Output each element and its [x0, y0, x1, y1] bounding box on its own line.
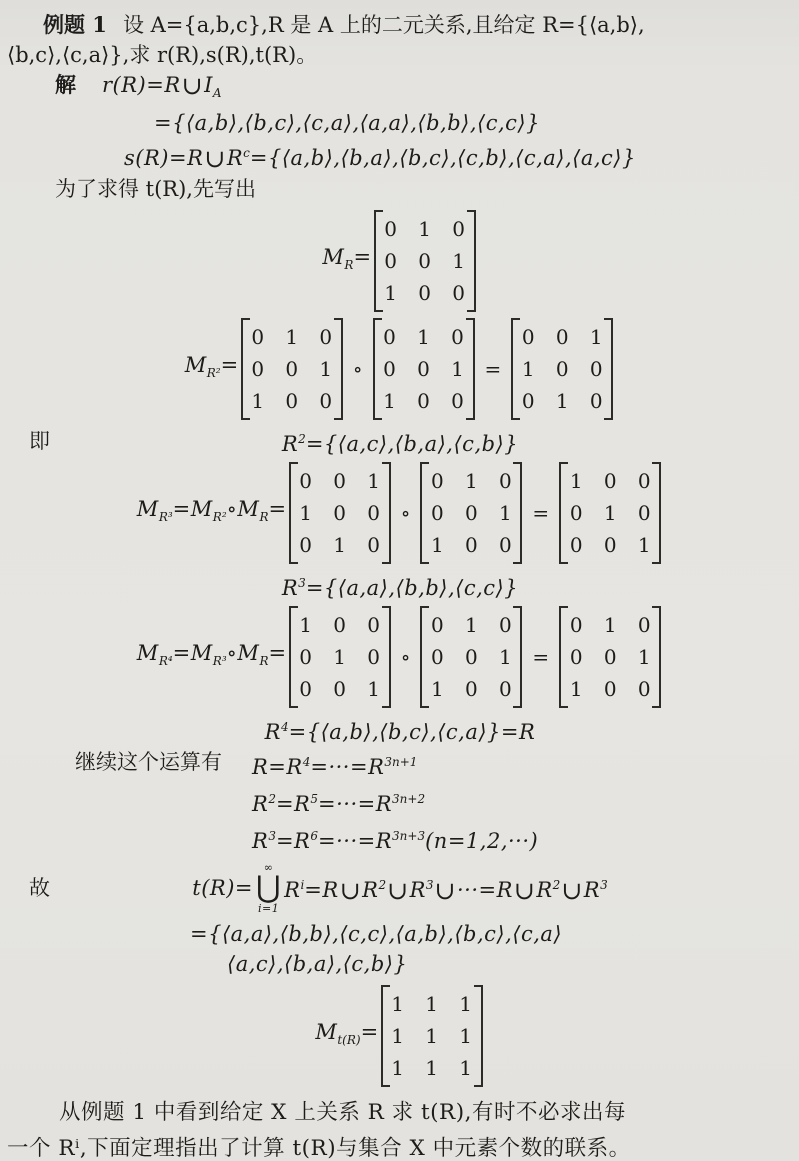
problem-text-2: ⟨b,c⟩,⟨c,a⟩},求 r(R),s(R),t(R)。: [7, 43, 317, 67]
t-closure-equation: t(R)= ∞ ⋃ i=1 Ri=R∪R2∪R3∪···=R∪R2∪R3: [192, 862, 607, 914]
continue-label: 继续这个运算有: [75, 746, 222, 778]
matrix-cell: 1: [299, 611, 313, 639]
math-segment: R: [282, 432, 298, 456]
matrix-m-r: 010001100: [374, 210, 476, 312]
matrix-cell: 1: [637, 531, 651, 559]
equation-m-r3: MR³=MR²∘MR= 001100010 ∘ 010001100 = 1000…: [7, 462, 793, 564]
equals-operator: =: [524, 642, 557, 672]
periodicity-eq-1: R=R4=···=R3n+1: [252, 746, 538, 783]
union-lower-limit: i=1: [258, 903, 279, 914]
matrix-cell: 0: [251, 323, 265, 351]
math-segment: M: [137, 497, 159, 521]
matrix-cell: 0: [498, 611, 512, 639]
matrix-cell: 0: [464, 643, 478, 671]
matrix-cell: 0: [367, 611, 381, 639]
r4-set: R4={⟨a,b⟩,⟨b,c⟩,⟨c,a⟩}=R: [265, 712, 536, 747]
math-segment: R: [252, 829, 268, 853]
math-segment: ={⟨a,c⟩,⟨b,a⟩,⟨c,b⟩}: [306, 432, 518, 456]
compose-operator: ∘: [345, 354, 371, 384]
t-closure-set-1: ={⟨a,a⟩,⟨b,b⟩,⟨c,c⟩,⟨a,b⟩,⟨b,c⟩,⟨c,a⟩: [190, 922, 562, 946]
r4-result-row: R4={⟨a,b⟩,⟨b,c⟩,⟨c,a⟩}=R: [7, 714, 793, 744]
matrix-cell: 0: [569, 611, 583, 639]
matrix-cell: 1: [521, 355, 535, 383]
matrix-cell: 0: [451, 387, 465, 415]
matrix-cell: 1: [384, 279, 398, 307]
matrix-m-r-operand: 010001100: [420, 462, 522, 564]
matrix-cell: 0: [417, 387, 431, 415]
solution-line-r: 解r(R)=R∪IA: [55, 70, 793, 108]
math-segment: =···=R: [318, 792, 392, 816]
matrix-cell: 1: [430, 675, 444, 703]
math-segment: ={⟨a,b⟩,⟨b,c⟩,⟨c,a⟩}=R: [289, 720, 536, 744]
math-superscript: 2: [378, 878, 386, 892]
matrix-cell: 1: [464, 611, 478, 639]
matrix-cell: 0: [383, 355, 397, 383]
matrix-cell: 0: [430, 467, 444, 495]
m-r-label: MR=: [322, 242, 371, 280]
matrix-cell: 0: [464, 675, 478, 703]
matrix-cell: 0: [299, 467, 313, 495]
math-subscript: R³: [213, 654, 227, 668]
matrix-cell: 1: [569, 675, 583, 703]
matrix-cell: 0: [299, 531, 313, 559]
closing-text-2: 一个 Rⁱ,下面定理指出了计算 t(R)与集合 X 中元素个数的联系。: [7, 1136, 631, 1161]
matrix-cell: 1: [391, 1054, 405, 1082]
periodicity-eq-3: R3=R6=···=R3n+3(n=1,2,···): [252, 820, 538, 857]
example-label: 例题 1: [43, 12, 107, 37]
t-intro-text: 为了求得 t(R),先写出: [55, 177, 256, 201]
r-closure-equation: r(R)=R∪IA: [102, 73, 222, 97]
matrix-cell: 1: [603, 611, 617, 639]
matrix-cell: 1: [430, 531, 444, 559]
matrix-cell: 1: [333, 531, 347, 559]
math-segment: =···=R: [318, 829, 392, 853]
r3-set: R3={⟨a,a⟩,⟨b,b⟩,⟨c,c⟩}: [282, 568, 518, 603]
t-closure-row: 故 t(R)= ∞ ⋃ i=1 Ri=R∪R2∪R3∪···=R∪R2∪R3: [7, 859, 793, 917]
closing-line-1: 从例题 1 中看到给定 X 上关系 R 求 t(R),有时不必求出每: [7, 1095, 793, 1131]
matrix-cell: 1: [452, 247, 466, 275]
matrix-cell: 1: [367, 675, 381, 703]
solution-line-r2: ={⟨a,b⟩,⟨b,c⟩,⟨c,a⟩,⟨a,a⟩,⟨b,b⟩,⟨c,c⟩}: [154, 108, 793, 138]
matrix-cell: 0: [452, 279, 466, 307]
math-segment: =M: [173, 641, 213, 665]
math-segment: (n=1,2,···): [425, 829, 538, 853]
t-closure-set-line2: ⟨a,c⟩,⟨b,a⟩,⟨c,b⟩}: [227, 949, 793, 979]
matrix-cell: 0: [452, 215, 466, 243]
matrix-cell: 0: [251, 355, 265, 383]
math-superscript: c: [243, 146, 250, 160]
matrix-cell: 1: [425, 990, 439, 1018]
r-closure-set: ={⟨a,b⟩,⟨b,c⟩,⟨c,a⟩,⟨a,a⟩,⟨b,b⟩,⟨c,c⟩}: [154, 111, 540, 135]
math-subscript: R: [259, 654, 268, 668]
matrix-m-r3-operand: 100010001: [289, 606, 391, 708]
math-segment: =M: [173, 497, 213, 521]
math-segment: M: [137, 641, 159, 665]
math-superscript: 3n+2: [392, 792, 425, 806]
matrix-cell: 0: [418, 279, 432, 307]
math-segment: I: [204, 73, 213, 97]
textbook-page: 例题 1设 A={a,b,c},R 是 A 上的二元关系,且给定 R={⟨a,b…: [0, 0, 799, 1161]
matrix-cell: 0: [333, 499, 347, 527]
matrix-cell: 1: [417, 323, 431, 351]
r2-set: R2={⟨a,c⟩,⟨b,a⟩,⟨c,b⟩}: [282, 424, 518, 459]
periodicity-block: 继续这个运算有 R=R4=···=R3n+1 R2=R5=···=R3n+2 R…: [75, 746, 793, 857]
matrix-cell: 0: [430, 611, 444, 639]
matrix-cell: 0: [498, 675, 512, 703]
matrix-m-r-operand: 010001100: [373, 318, 475, 420]
union-symbol: ∪: [181, 71, 204, 100]
matrix-cell: 1: [459, 1022, 473, 1050]
math-superscript: 2: [298, 432, 306, 446]
math-segment: ={⟨a,a⟩,⟨b,b⟩,⟨c,c⟩}: [306, 576, 518, 600]
matrix-cell: 0: [637, 499, 651, 527]
t-closure-rhs: Ri=R∪R2∪R3∪···=R∪R2∪R3: [284, 870, 608, 906]
math-segment: =: [353, 245, 371, 269]
math-superscript: 3: [298, 576, 306, 590]
matrix-cell: 1: [569, 467, 583, 495]
math-subscript: R: [259, 510, 268, 524]
math-superscript: 5: [310, 792, 318, 806]
matrix-cell: 0: [285, 355, 299, 383]
math-segment: R: [584, 878, 600, 902]
math-segment: =R: [276, 792, 310, 816]
union-symbol: ∪: [513, 876, 536, 905]
math-segment: ={⟨a,b⟩,⟨b,a⟩,⟨b,c⟩,⟨c,b⟩,⟨c,a⟩,⟨a,c⟩}: [250, 146, 636, 170]
union-symbol: ∪: [434, 876, 457, 905]
closing-paragraph: 从例题 1 中看到给定 X 上关系 R 求 t(R),有时不必求出每 一个 Rⁱ…: [7, 1095, 793, 1161]
matrix-m-r2-result: 001100010: [511, 318, 613, 420]
math-superscript: 3n+1: [384, 755, 417, 769]
m-tr-label: Mt(R)=: [315, 1017, 378, 1055]
matrix-cell: 0: [367, 499, 381, 527]
compose-operator: ∘: [393, 642, 419, 672]
solution-line-t-intro: 为了求得 t(R),先写出: [55, 174, 793, 204]
math-superscript: 6: [310, 829, 318, 843]
t-closure-lhs: t(R)=: [192, 873, 253, 903]
matrix-cell: 1: [319, 355, 333, 383]
matrix-cell: 1: [451, 355, 465, 383]
math-segment: =R: [304, 878, 338, 902]
problem-line-2: ⟨b,c⟩,⟨c,a⟩},求 r(R),s(R),t(R)。: [7, 40, 793, 70]
matrix-m-r-operand: 010001100: [420, 606, 522, 708]
matrix-cell: 0: [319, 387, 333, 415]
matrix-cell: 0: [285, 387, 299, 415]
matrix-cell: 0: [299, 675, 313, 703]
math-segment: ···=R: [457, 878, 513, 902]
r3-result-row: R3={⟨a,a⟩,⟨b,b⟩,⟨c,c⟩}: [7, 570, 793, 600]
matrix-cell: 0: [569, 531, 583, 559]
math-segment: R: [282, 576, 298, 600]
equals-operator: =: [524, 498, 557, 528]
math-segment: =: [269, 641, 287, 665]
math-superscript: 3n+3: [392, 829, 425, 843]
math-segment: M: [185, 353, 207, 377]
matrix-cell: 0: [367, 531, 381, 559]
math-segment: ∘M: [227, 497, 260, 521]
matrix-cell: 1: [498, 499, 512, 527]
math-segment: R: [536, 878, 552, 902]
matrix-cell: 1: [383, 387, 397, 415]
solution-label: 解: [55, 72, 76, 97]
math-superscript: 2: [268, 792, 276, 806]
t-closure-set-2: ⟨a,c⟩,⟨b,a⟩,⟨c,b⟩}: [227, 952, 407, 976]
matrix-cell: 1: [589, 323, 603, 351]
matrix-m-r-operand: 010001100: [241, 318, 343, 420]
matrix-cell: 0: [521, 387, 535, 415]
m-r2-label: MR²=: [185, 350, 239, 388]
math-segment: R: [284, 878, 300, 902]
matrix-cell: 0: [603, 531, 617, 559]
matrix-cell: 1: [464, 467, 478, 495]
matrix-cell: 0: [569, 643, 583, 671]
math-subscript: R²: [213, 510, 227, 524]
matrix-cell: 0: [319, 323, 333, 351]
matrix-cell: 0: [417, 355, 431, 383]
matrix-m-r3-result: 100010001: [559, 462, 661, 564]
matrix-cell: 0: [418, 247, 432, 275]
union-symbol: ∪: [203, 144, 226, 173]
matrix-m-r4-result: 010001100: [559, 606, 661, 708]
math-superscript: 3: [268, 829, 276, 843]
matrix-cell: 0: [367, 643, 381, 671]
matrix-cell: 0: [555, 355, 569, 383]
matrix-cell: 1: [459, 1054, 473, 1082]
union-glyph: ⋃: [256, 873, 281, 903]
matrix-cell: 1: [498, 643, 512, 671]
matrix-cell: 0: [333, 467, 347, 495]
equation-m-r4: MR⁴=MR³∘MR= 100010001 ∘ 010001100 = 0100…: [7, 606, 793, 708]
matrix-cell: 1: [391, 1022, 405, 1050]
matrix-cell: 1: [333, 643, 347, 671]
math-segment: R=R: [252, 755, 303, 779]
math-segment: t(R)=: [192, 876, 253, 900]
math-segment: =: [361, 1020, 379, 1044]
matrix-cell: 0: [384, 247, 398, 275]
matrix-cell: 0: [569, 499, 583, 527]
matrix-cell: 0: [383, 323, 397, 351]
s-closure-equation: s(R)=R∪Rc={⟨a,b⟩,⟨b,a⟩,⟨b,c⟩,⟨c,b⟩,⟨c,a⟩…: [124, 146, 636, 170]
closing-text-1: 从例题 1 中看到给定 X 上关系 R 求 t(R),有时不必求出每: [59, 1100, 626, 1125]
matrix-cell: 0: [430, 499, 444, 527]
math-superscript: 3: [426, 878, 434, 892]
matrix-cell: 0: [521, 323, 535, 351]
matrix-cell: 0: [589, 387, 603, 415]
matrix-m-r2-operand: 001100010: [289, 462, 391, 564]
periodicity-eq-2: R2=R5=···=R3n+2: [252, 783, 538, 820]
matrix-cell: 0: [498, 467, 512, 495]
equation-m-r2: MR²= 010001100 ∘ 010001100 = 001100010: [7, 318, 793, 420]
matrix-cell: 1: [425, 1054, 439, 1082]
math-segment: R: [227, 146, 243, 170]
union-symbol: ∪: [339, 876, 362, 905]
r2-result-row: 即 R2={⟨a,c⟩,⟨b,a⟩,⟨c,b⟩}: [7, 426, 793, 456]
ji-label: 即: [29, 426, 50, 456]
matrix-cell: 0: [299, 643, 313, 671]
math-segment: =···=R: [310, 755, 384, 779]
m-r4-label: MR⁴=MR³∘MR=: [137, 638, 287, 676]
union-symbol: ∪: [560, 876, 583, 905]
math-subscript: t(R): [337, 1033, 360, 1047]
matrix-cell: 0: [384, 215, 398, 243]
matrix-cell: 1: [367, 467, 381, 495]
matrix-cell: 0: [430, 643, 444, 671]
math-segment: M: [315, 1020, 337, 1044]
matrix-cell: 1: [555, 387, 569, 415]
math-segment: R: [362, 878, 378, 902]
matrix-cell: 0: [451, 323, 465, 351]
math-segment: R: [265, 720, 281, 744]
matrix-cell: 1: [418, 215, 432, 243]
math-segment: r(R)=R: [102, 73, 181, 97]
matrix-cell: 0: [589, 355, 603, 383]
compose-operator: ∘: [393, 498, 419, 528]
matrix-m-tr: 111111111: [381, 985, 483, 1087]
problem-text-1: 设 A={a,b,c},R 是 A 上的二元关系,且给定 R={⟨a,b⟩,: [123, 13, 645, 37]
matrix-cell: 0: [603, 467, 617, 495]
equation-m-r: MR= 010001100: [7, 210, 793, 312]
math-superscript: 3: [600, 878, 608, 892]
solution-line-s: s(R)=R∪Rc={⟨a,b⟩,⟨b,a⟩,⟨b,c⟩,⟨c,b⟩,⟨c,a⟩…: [124, 138, 793, 174]
t-closure-set-line1: ={⟨a,a⟩,⟨b,b⟩,⟨c,c⟩,⟨a,b⟩,⟨b,c⟩,⟨c,a⟩: [190, 919, 793, 949]
math-subscript: R²: [207, 366, 221, 380]
problem-line-1: 例题 1设 A={a,b,c},R 是 A 上的二元关系,且给定 R={⟨a,b…: [7, 10, 793, 40]
math-segment: R: [410, 878, 426, 902]
matrix-cell: 1: [299, 499, 313, 527]
math-subscript: R⁴: [159, 654, 173, 668]
equation-m-tr: Mt(R)= 111111111: [7, 985, 793, 1087]
matrix-cell: 1: [459, 990, 473, 1018]
union-symbol: ∪: [386, 876, 409, 905]
matrix-cell: 0: [637, 675, 651, 703]
math-superscript: 4: [281, 720, 289, 734]
equals-operator: =: [477, 354, 510, 384]
math-segment: s(R)=R: [124, 146, 203, 170]
math-segment: ∘M: [227, 641, 260, 665]
closing-line-2: 一个 Rⁱ,下面定理指出了计算 t(R)与集合 X 中元素个数的联系。: [7, 1131, 793, 1161]
matrix-cell: 0: [555, 323, 569, 351]
matrix-cell: 0: [333, 611, 347, 639]
matrix-cell: 1: [391, 990, 405, 1018]
matrix-cell: 0: [464, 531, 478, 559]
matrix-cell: 0: [498, 531, 512, 559]
big-union-operator: ∞ ⋃ i=1: [256, 862, 281, 914]
matrix-cell: 1: [425, 1022, 439, 1050]
math-segment: =: [221, 353, 239, 377]
m-r3-label: MR³=MR²∘MR=: [137, 494, 287, 532]
matrix-cell: 0: [464, 499, 478, 527]
math-segment: =: [269, 497, 287, 521]
matrix-cell: 0: [603, 643, 617, 671]
gu-label: 故: [29, 873, 50, 903]
matrix-cell: 0: [333, 675, 347, 703]
matrix-cell: 1: [251, 387, 265, 415]
matrix-cell: 0: [637, 611, 651, 639]
matrix-cell: 0: [603, 675, 617, 703]
math-segment: =R: [276, 829, 310, 853]
math-segment: M: [322, 245, 344, 269]
math-segment: R: [252, 792, 268, 816]
math-subscript: R³: [159, 510, 173, 524]
matrix-cell: 1: [603, 499, 617, 527]
matrix-cell: 1: [637, 643, 651, 671]
periodicity-equations: R=R4=···=R3n+1 R2=R5=···=R3n+2 R3=R6=···…: [252, 746, 538, 857]
math-subscript: A: [213, 86, 222, 100]
matrix-cell: 1: [285, 323, 299, 351]
matrix-cell: 0: [637, 467, 651, 495]
